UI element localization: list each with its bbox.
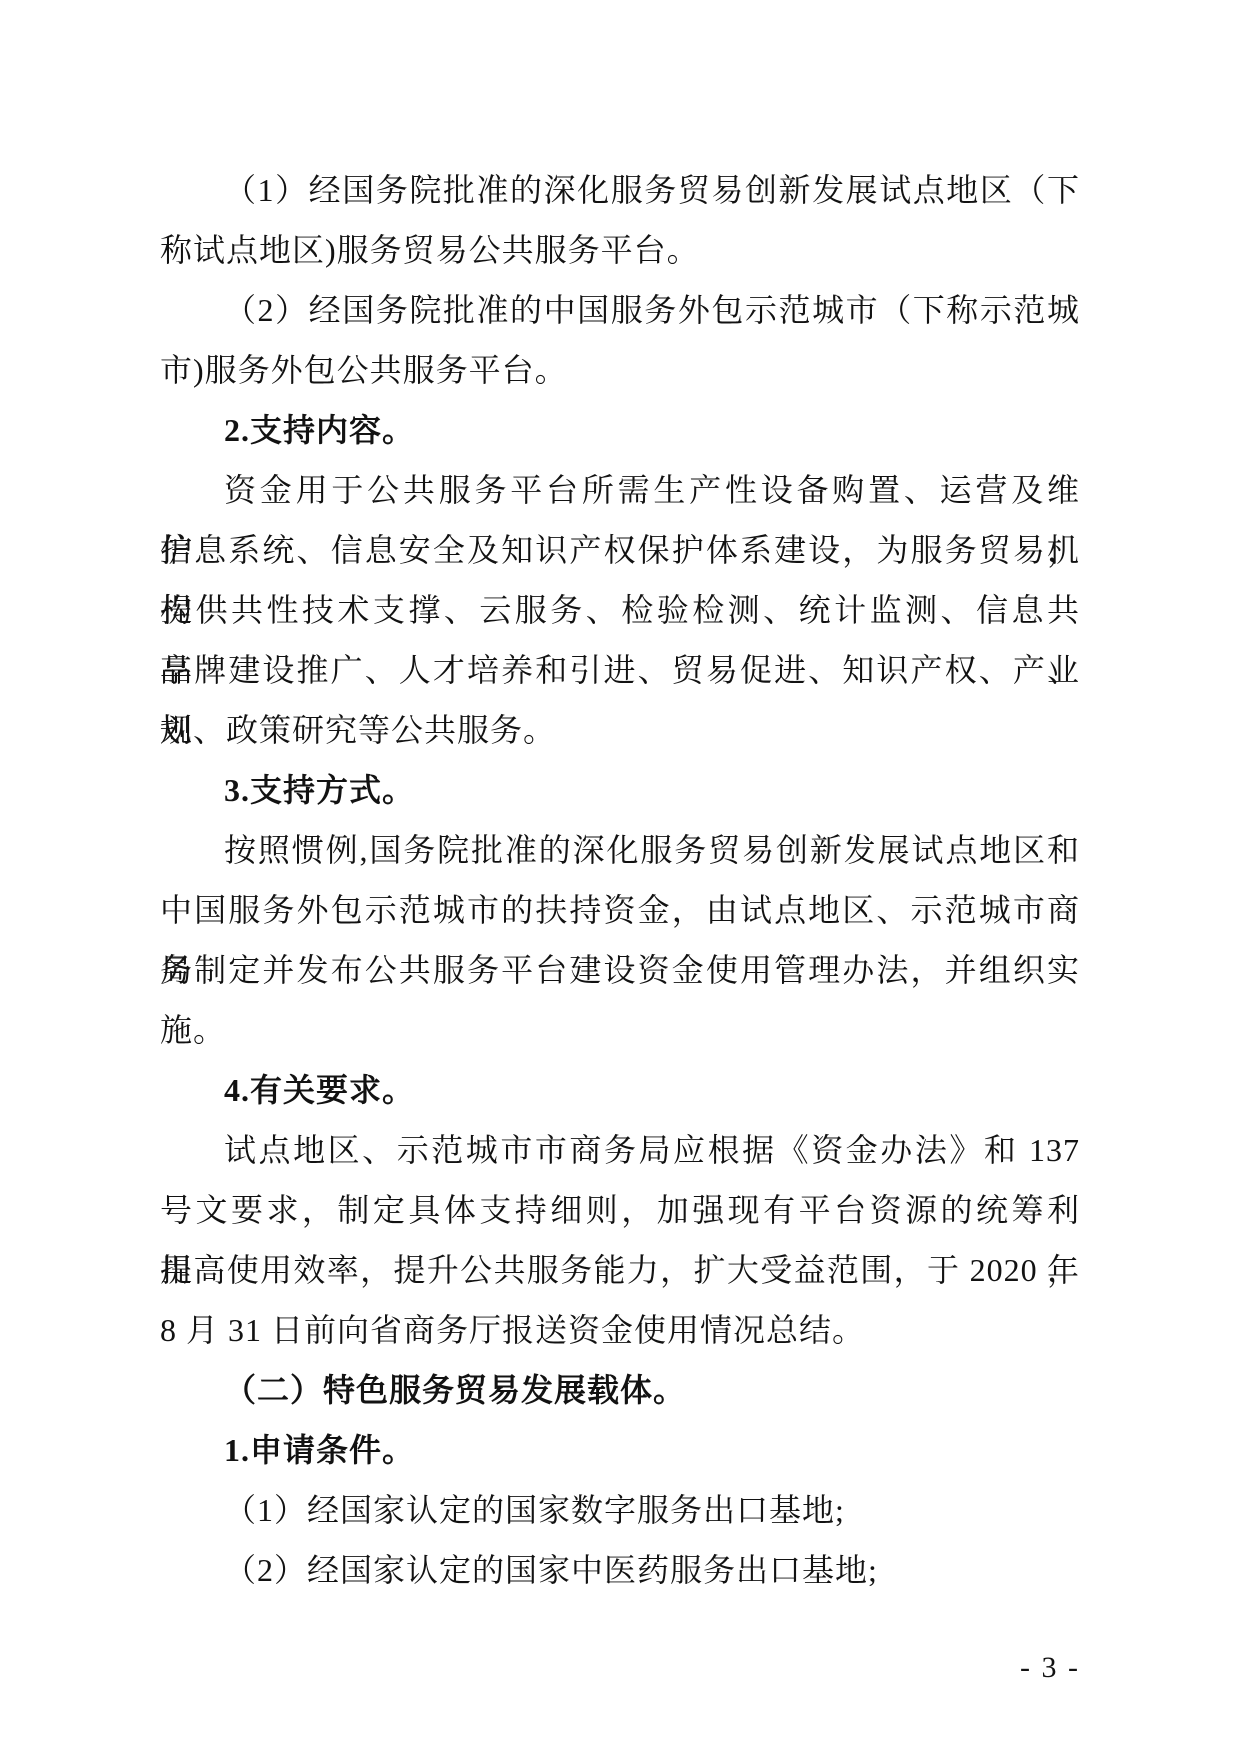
text-line: 资金用于公共服务平台所需生产性设备购置、运营及维护， bbox=[160, 460, 1080, 520]
text-line: 提高使用效率，提升公共服务能力，扩大受益范围，于 2020 年 bbox=[160, 1240, 1080, 1300]
text-line: 按照惯例,国务院批准的深化服务贸易创新发展试点地区和 bbox=[160, 820, 1080, 880]
text-line: 市)服务外包公共服务平台。 bbox=[160, 340, 1080, 400]
text-line: （1）经国家认定的国家数字服务出口基地; bbox=[160, 1480, 1080, 1540]
heading-line: （二）特色服务贸易发展载体。 bbox=[160, 1360, 1080, 1420]
text-line: 称试点地区)服务贸易公共服务平台。 bbox=[160, 220, 1080, 280]
text-line: 中国服务外包示范城市的扶持资金，由试点地区、示范城市商务 bbox=[160, 880, 1080, 940]
heading-line: 3.支持方式。 bbox=[160, 760, 1080, 820]
heading-line: 1.申请条件。 bbox=[160, 1420, 1080, 1480]
text-line: 提供共性技术支撑、云服务、检验检测、统计监测、信息共享、 bbox=[160, 580, 1080, 640]
text-line: 8 月 31 日前向省商务厅报送资金使用情况总结。 bbox=[160, 1300, 1080, 1360]
heading-line: 2.支持内容。 bbox=[160, 400, 1080, 460]
text-line: 号文要求，制定具体支持细则，加强现有平台资源的统筹利用， bbox=[160, 1180, 1080, 1240]
text-line: （1）经国务院批准的深化服务贸易创新发展试点地区（下 bbox=[160, 160, 1080, 220]
heading-line: 4.有关要求。 bbox=[160, 1060, 1080, 1120]
text-line: 试点地区、示范城市市商务局应根据《资金办法》和 137 bbox=[160, 1120, 1080, 1180]
document-body: （1）经国务院批准的深化服务贸易创新发展试点地区（下称试点地区)服务贸易公共服务… bbox=[160, 160, 1080, 1600]
document-page: （1）经国务院批准的深化服务贸易创新发展试点地区（下称试点地区)服务贸易公共服务… bbox=[0, 0, 1240, 1754]
text-line: （2）经国务院批准的中国服务外包示范城市（下称示范城 bbox=[160, 280, 1080, 340]
text-line: 信息系统、信息安全及知识产权保护体系建设，为服务贸易机构 bbox=[160, 520, 1080, 580]
text-line: （2）经国家认定的国家中医药服务出口基地; bbox=[160, 1540, 1080, 1600]
text-line: 局制定并发布公共服务平台建设资金使用管理办法，并组织实 bbox=[160, 940, 1080, 1000]
text-line: 品牌建设推广、人才培养和引进、贸易促进、知识产权、产业规 bbox=[160, 640, 1080, 700]
text-line: 划、政策研究等公共服务。 bbox=[160, 700, 1080, 760]
page-number: - 3 - bbox=[1020, 1650, 1080, 1686]
text-line: 施。 bbox=[160, 1000, 1080, 1060]
